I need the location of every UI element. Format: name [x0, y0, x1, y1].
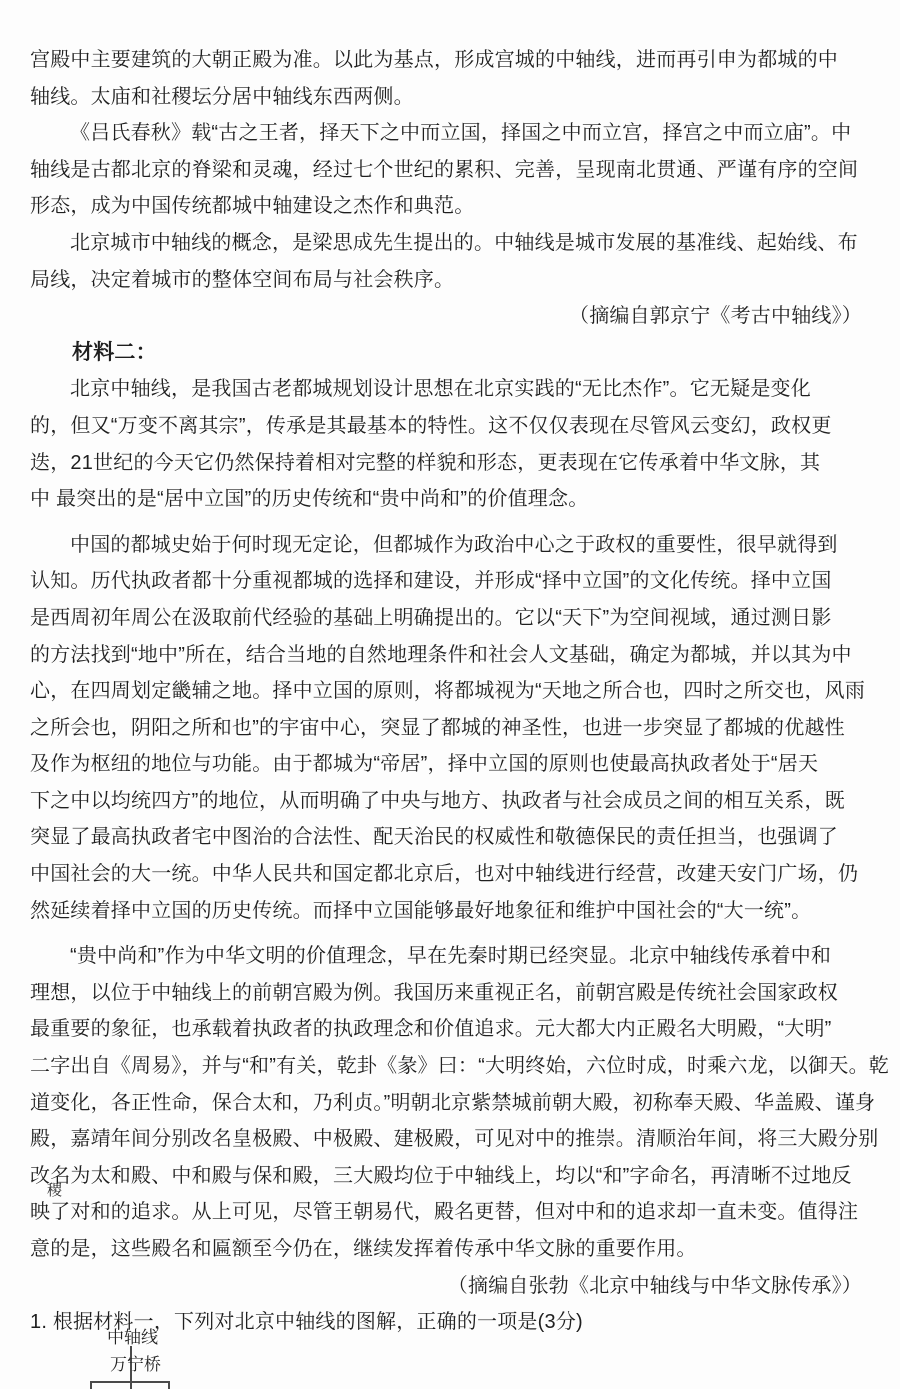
text-line: 下之中以均统四方”的地位，从而明确了中央与地方、执政者与社会成员之间的相互关系，…: [30, 783, 872, 820]
text-line: 轴线。太庙和社稷坛分居中轴线东西两侧。: [30, 79, 872, 116]
text-line-content: 道变化，各正性命，保合太和，乃利贞。”明朝北京紫禁城前朝大殿，初称奉天殿、华盖殿…: [30, 1092, 875, 1114]
text-line-content: 中 最突出的是“居中立国”的历史传统和“贵中尚和”的价值理念。: [30, 488, 588, 510]
text-line-content: 北京中轴线，是我国古老都城规划设计思想在北京实践的“无比杰作”。它无疑是变化: [70, 378, 811, 400]
text-line-content: 迭，21世纪的今天它仍然保持着相对完整的样貌和形态，更表现在它传承着中华文脉，其: [30, 452, 820, 474]
text-line: 突显了最高执政者宅中图治的合法性、配天治民的权威性和敬德保民的责任担当，也强调了: [30, 819, 872, 856]
text-line: 局线，决定着城市的整体空间布局与社会秩序。: [30, 262, 872, 299]
text-line-content: “贵中尚和”作为中华文明的价值理念，早在先秦时期已经突显。北京中轴线传承着中和: [70, 945, 831, 967]
text-line-content: 的方法找到“地中”所在，结合当地的自然地理条件和社会人文基础，确定为都城，并以其…: [30, 644, 852, 666]
text-line-content: 的，但又“万变不离其宗”，传承是其最基本的特性。这不仅仅表现在尽管风云变幻，政权…: [30, 415, 832, 437]
text-line: 改名为太和殿、中和殿与保和殿，三大殿均位于中轴线上，均以“和”字命名，再清晰不过…: [30, 1158, 872, 1195]
text-line: 《吕氏春秋》载“古之王者，择天下之中而立国，择国之中而立宫，择宫之中而立庙”。中: [30, 115, 872, 152]
diagram-label-central-axis: 中轴线: [107, 1329, 158, 1347]
text-line-content: 形态，成为中国传统都城中轴建设之杰作和典范。: [30, 195, 474, 217]
text-line: 认知。历代执政者都十分重视都城的选择和建设，并形成“择中立国”的文化传统。择中立…: [30, 563, 872, 600]
text-line: 意的是，这些殿名和匾额至今仍在，继续发挥着传承中华文脉的重要作用。: [30, 1231, 872, 1268]
text-line: 殿，嘉靖年间分别改名皇极殿、中极殿、建极殿，可见对中的推崇。清顺治年间，将三大殿…: [30, 1121, 872, 1158]
text-line: 材料二：: [30, 335, 872, 372]
text-line-content: 及作为枢纽的地位与功能。由于都城为“帝居”，择中立国的原则也使最高执政者处于“居…: [30, 753, 818, 775]
text-line-content: 材料二：: [72, 341, 157, 364]
axis-diagram: 中轴线 万宁桥: [60, 1329, 300, 1389]
text-line: 理想，以位于中轴线上的前朝宫殿为例。我国历来重视正名，前朝宫殿是传统社会国家政权: [30, 975, 872, 1012]
text-line-content: 映了对和的追求。从上可见，尽管王朝易代，殿名更替，但对中和的追求却一直未变。值得…: [30, 1201, 858, 1223]
text-line-content: 二字出自《周易》，并与“和”有关，乾卦《彖》曰：“大明终始，六位时成，时乘六龙，…: [30, 1055, 889, 1077]
text-line: 二字出自《周易》，并与“和”有关，乾卦《彖》曰：“大明终始，六位时成，时乘六龙，…: [30, 1048, 872, 1085]
text-line-content: 是西周初年周公在汲取前代经验的基础上明确提出的。它以“天下”为空间视域，通过测日…: [30, 607, 832, 629]
text-line-content: 意的是，这些殿名和匾额至今仍在，继续发挥着传承中华文脉的重要作用。: [30, 1238, 697, 1260]
text-line: 中国的都城史始于何时现无定论，但都城作为政治中心之于政权的重要性，很早就得到: [30, 527, 872, 564]
text-line: 形态，成为中国传统都城中轴建设之杰作和典范。: [30, 188, 872, 225]
margin-note: 稷: [46, 1182, 61, 1199]
text-line: 轴线是古都北京的脊梁和灵魂，经过七个世纪的累积、完善，呈现南北贯通、严谨有序的空…: [30, 152, 872, 189]
text-line-content: 然延续着择中立国的历史传统。而择中立国能够最好地象征和维护中国社会的“大一统”。: [30, 900, 811, 922]
text-line: 中国社会的大一统。中华人民共和国定都北京后，也对中轴线进行经营，改建天安门广场，…: [30, 856, 872, 893]
text-line-content: 轴线是古都北京的脊梁和灵魂，经过七个世纪的累积、完善，呈现南北贯通、严谨有序的空…: [30, 159, 858, 181]
text-line-content: 改名为太和殿、中和殿与保和殿，三大殿均位于中轴线上，均以“和”字命名，再清晰不过…: [30, 1165, 852, 1187]
text-line: “贵中尚和”作为中华文明的价值理念，早在先秦时期已经突显。北京中轴线传承着中和: [30, 938, 872, 975]
text-line: 中 最突出的是“居中立国”的历史传统和“贵中尚和”的价值理念。: [30, 481, 872, 518]
text-line: 映了对和的追求。从上可见，尽管王朝易代，殿名更替，但对中和的追求却一直未变。值得…: [30, 1194, 872, 1231]
text-line: 北京中轴线，是我国古老都城规划设计思想在北京实践的“无比杰作”。它无疑是变化: [30, 371, 872, 408]
text-line-content: （摘编自张勃《北京中轴线与中华文脉传承》）: [448, 1275, 862, 1297]
text-line: 是西周初年周公在汲取前代经验的基础上明确提出的。它以“天下”为空间视域，通过测日…: [30, 600, 872, 637]
text-line: 道变化，各正性命，保合太和，乃利贞。”明朝北京紫禁城前朝大殿，初称奉天殿、华盖殿…: [30, 1085, 872, 1122]
text-line-content: 心，在四周划定畿辅之地。择中立国的原则，将都城视为“天地之所合也，四时之所交也，…: [30, 680, 865, 702]
exam-page: 宫殿中主要建筑的大朝正殿为准。以此为基点，形成宫城的中轴线，进而再引申为都城的中…: [0, 0, 900, 1389]
text-line: 及作为枢纽的地位与功能。由于都城为“帝居”，择中立国的原则也使最高执政者处于“居…: [30, 746, 872, 783]
text-line: 之所会也，阴阳之所和也”的宇宙中心，突显了都城的神圣性，也进一步突显了都城的优越…: [30, 710, 872, 747]
text-line: 最重要的象征，也承载着执政者的执政理念和价值追求。元大都大内正殿名大明殿，“大明…: [30, 1011, 872, 1048]
diagram-label-wanning-bridge: 万宁桥: [110, 1356, 161, 1374]
text-line-content: 中国社会的大一统。中华人民共和国定都北京后，也对中轴线进行经营，改建天安门广场，…: [30, 863, 858, 885]
text-line: （摘编自郭京宁《考古中轴线》）: [30, 298, 872, 335]
reading-passage: 宫殿中主要建筑的大朝正殿为准。以此为基点，形成宫城的中轴线，进而再引申为都城的中…: [30, 0, 872, 1341]
text-line-content: 《吕氏春秋》载“古之王者，择天下之中而立国，择国之中而立宫，择宫之中而立庙”。中: [70, 122, 851, 144]
text-line-content: 最重要的象征，也承载着执政者的执政理念和价值追求。元大都大内正殿名大明殿，“大明…: [30, 1018, 832, 1040]
text-line: （摘编自张勃《北京中轴线与中华文脉传承》）: [30, 1268, 872, 1305]
text-line-content: 北京城市中轴线的概念，是梁思成先生提出的。中轴线是城市发展的基准线、起始线、布: [70, 232, 858, 254]
text-line-content: 突显了最高执政者宅中图治的合法性、配天治民的权威性和敬德保民的责任担当，也强调了: [30, 826, 838, 848]
text-line-content: 宫殿中主要建筑的大朝正殿为准。以此为基点，形成宫城的中轴线，进而再引申为都城的中: [30, 49, 838, 71]
text-line: 然延续着择中立国的历史传统。而择中立国能够最好地象征和维护中国社会的“大一统”。: [30, 893, 872, 930]
text-line: 心，在四周划定畿辅之地。择中立国的原则，将都城视为“天地之所合也，四时之所交也，…: [30, 673, 872, 710]
text-line-content: 轴线。太庙和社稷坛分居中轴线东西两侧。: [30, 86, 414, 108]
text-line-content: 下之中以均统四方”的地位，从而明确了中央与地方、执政者与社会成员之间的相互关系，…: [30, 790, 845, 812]
diagram-box: [90, 1381, 170, 1389]
text-line-content: 中国的都城史始于何时现无定论，但都城作为政治中心之于政权的重要性，很早就得到: [70, 534, 838, 556]
text-line-content: （摘编自郭京宁《考古中轴线》）: [569, 305, 862, 327]
text-line-content: 认知。历代执政者都十分重视都城的选择和建设，并形成“择中立国”的文化传统。择中立…: [30, 570, 832, 592]
text-line-content: 殿，嘉靖年间分别改名皇极殿、中极殿、建极殿，可见对中的推崇。清顺治年间，将三大殿…: [30, 1128, 878, 1150]
text-line: 的方法找到“地中”所在，结合当地的自然地理条件和社会人文基础，确定为都城，并以其…: [30, 637, 872, 674]
text-line: 的，但又“万变不离其宗”，传承是其最基本的特性。这不仅仅表现在尽管风云变幻，政权…: [30, 408, 872, 445]
text-line-content: 理想，以位于中轴线上的前朝宫殿为例。我国历来重视正名，前朝宫殿是传统社会国家政权: [30, 982, 838, 1004]
text-line-content: 局线，决定着城市的整体空间布局与社会秩序。: [30, 269, 454, 291]
text-line: 迭，21世纪的今天它仍然保持着相对完整的样貌和形态，更表现在它传承着中华文脉，其: [30, 445, 872, 482]
text-line-content: 之所会也，阴阳之所和也”的宇宙中心，突显了都城的神圣性，也进一步突显了都城的优越…: [30, 717, 845, 739]
text-line: 宫殿中主要建筑的大朝正殿为准。以此为基点，形成宫城的中轴线，进而再引申为都城的中: [30, 42, 872, 79]
text-line: 北京城市中轴线的概念，是梁思成先生提出的。中轴线是城市发展的基准线、起始线、布: [30, 225, 872, 262]
